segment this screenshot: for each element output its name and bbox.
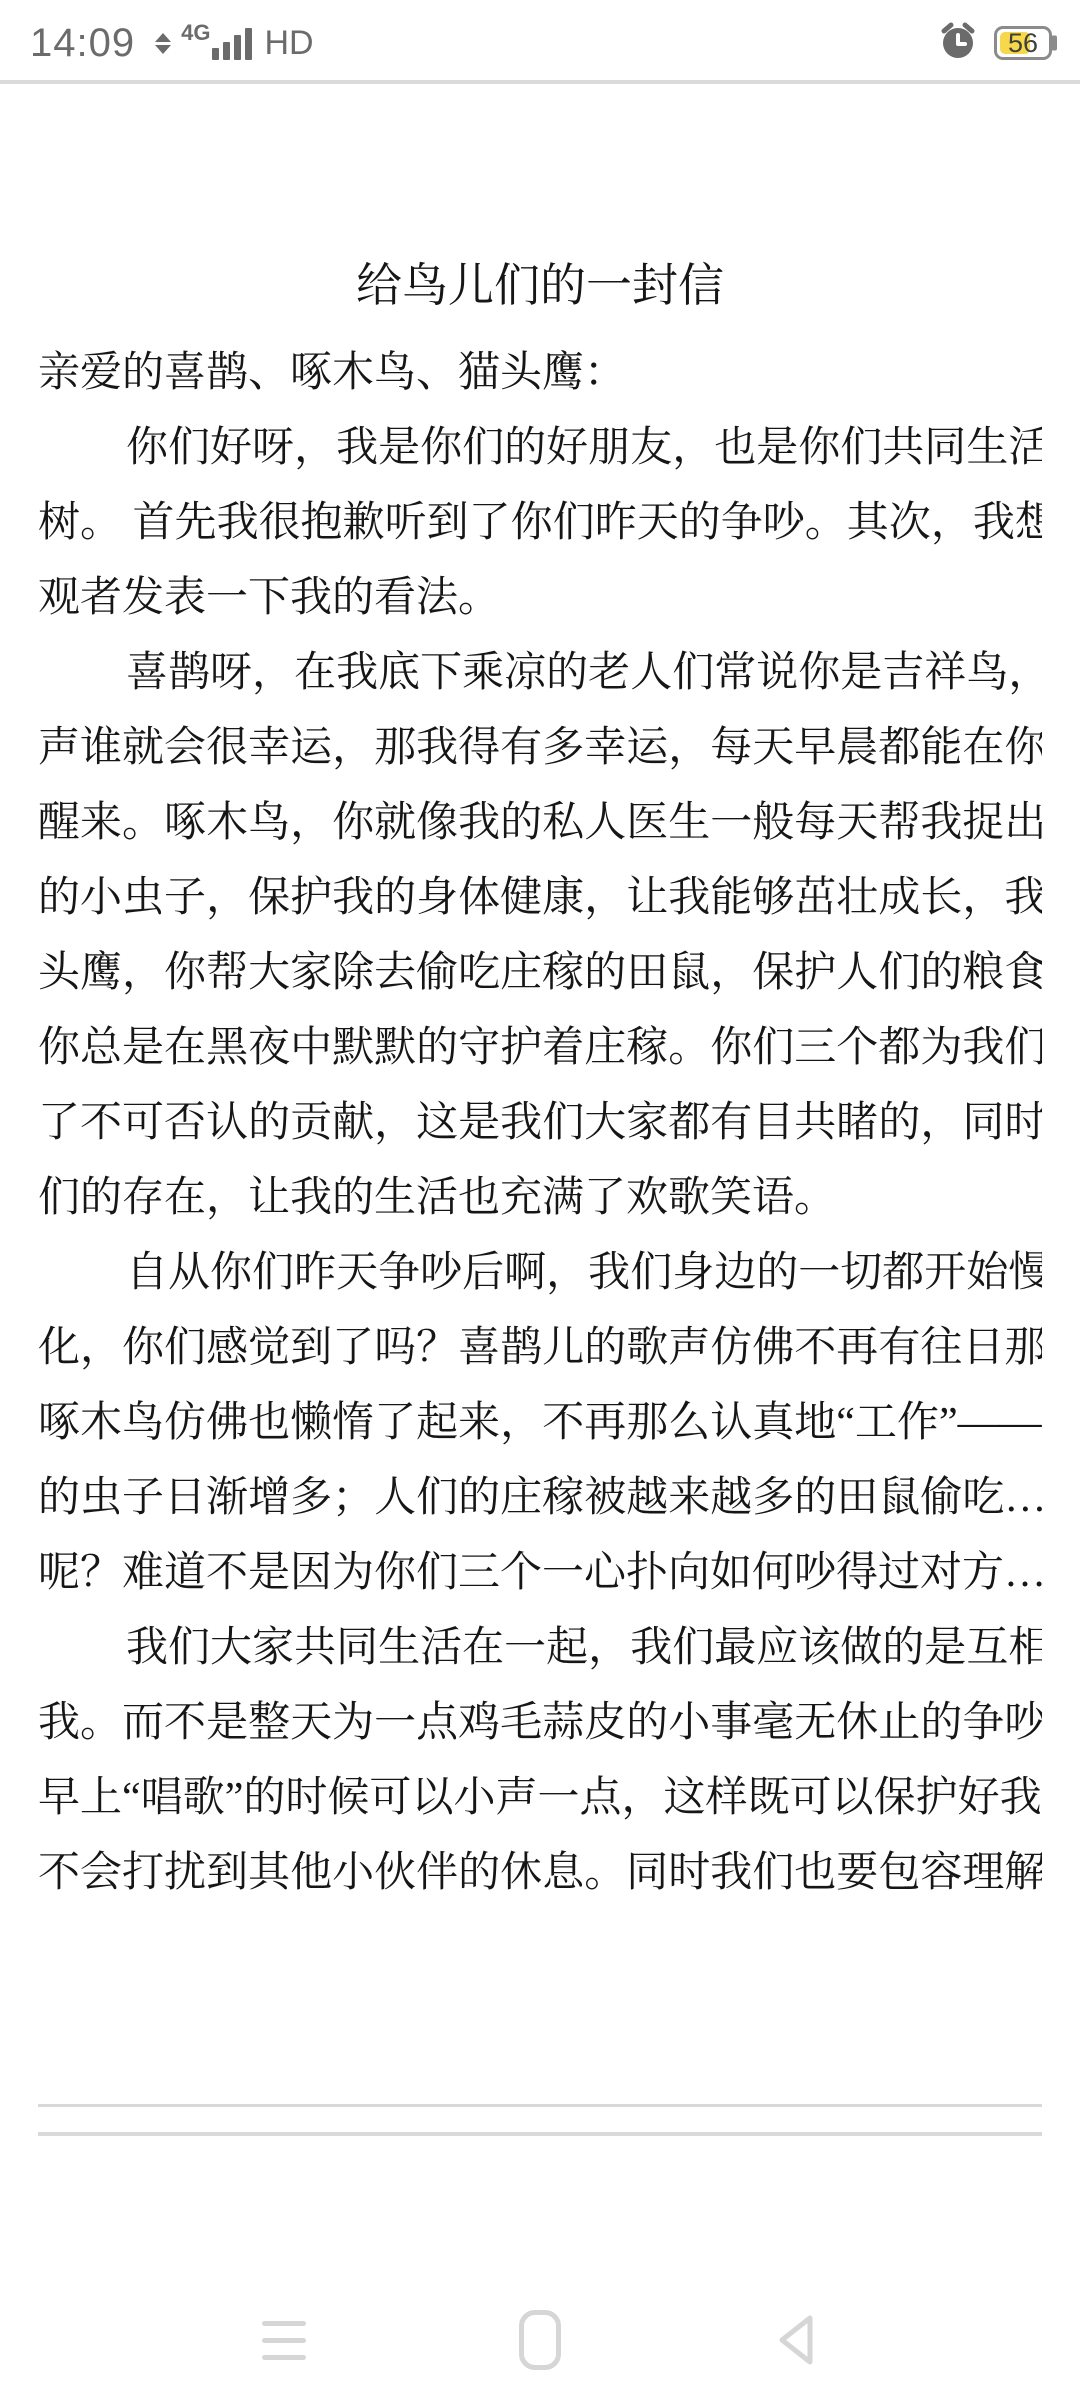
doc-line: 观者发表一下我的看法。 xyxy=(38,561,1042,636)
document-body: 亲爱的喜鹊、啄木鸟、猫头鹰： 你们好呀，我是你们的好朋友，也是你们共同生活的地方… xyxy=(38,336,1042,1911)
data-activity-icon xyxy=(155,33,171,54)
clock-time: 14:09 xyxy=(30,21,135,66)
navigation-bar xyxy=(0,2280,1080,2400)
menu-icon[interactable] xyxy=(262,2321,306,2360)
doc-line: 自从你们昨天争吵后啊，我们身边的一切都开始慢慢得发生了变 xyxy=(38,1236,1042,1311)
battery-icon: 56 xyxy=(994,26,1052,60)
doc-line: 声谁就会很幸运，那我得有多幸运，每天早晨都能在你悦耳的歌声中 xyxy=(38,711,1042,786)
doc-line: 头鹰，你帮大家除去偷吃庄稼的田鼠，保护人们的粮食，为民除害， xyxy=(38,936,1042,1011)
document-title: 给鸟儿们的一封信 xyxy=(38,256,1042,316)
doc-line: 亲爱的喜鹊、啄木鸟、猫头鹰： xyxy=(38,336,1042,411)
doc-line: 醒来。啄木鸟，你就像我的私人医生一般每天帮我捉出我“身体”里 xyxy=(38,786,1042,861)
signal-strength-icon: 4G xyxy=(181,26,252,60)
document-page[interactable]: 给鸟儿们的一封信 亲爱的喜鹊、啄木鸟、猫头鹰： 你们好呀，我是你们的好朋友，也是… xyxy=(0,84,1080,2136)
volte-hd-icon: HD xyxy=(264,24,313,63)
doc-line: 我。而不是整天为一点鸡毛蒜皮的小事毫无休止的争吵。喜鹊，我们 xyxy=(38,1686,1042,1761)
doc-line: 你总是在黑夜中默默的守护着庄稼。你们三个都为我们这个村庄做出 xyxy=(38,1011,1042,1086)
doc-line: 啄木鸟仿佛也懒惰了起来，不再那么认真地“工作”——我“身上” xyxy=(38,1386,1042,1461)
battery-percent: 56 xyxy=(997,29,1049,57)
doc-line: 的小虫子，保护我的身体健康，让我能够茁壮成长，我很感谢你。猫 xyxy=(38,861,1042,936)
page-break xyxy=(38,2104,1042,2136)
back-icon[interactable] xyxy=(774,2312,818,2368)
doc-line: 喜鹊呀，在我底下乘凉的老人们常说你是吉祥鸟，谁听到你的叫 xyxy=(38,636,1042,711)
doc-line: 呢？难道不是因为你们三个一心扑向如何吵得过对方…… xyxy=(38,1536,1042,1611)
doc-line: 们的存在，让我的生活也充满了欢歌笑语。 xyxy=(38,1161,1042,1236)
home-icon[interactable] xyxy=(519,2310,561,2370)
network-type-label: 4G xyxy=(181,20,210,46)
doc-line: 化，你们感觉到了吗？喜鹊儿的歌声仿佛不再有往日那样清脆悦耳； xyxy=(38,1311,1042,1386)
doc-line: 不会打扰到其他小伙伴的休息。同时我们也要包容理解啄木鸟和猫头 xyxy=(38,1836,1042,1911)
doc-line: 你们好呀，我是你们的好朋友，也是你们共同生活的地方——大 xyxy=(38,411,1042,486)
status-bar: 14:09 4G HD 56 xyxy=(0,0,1080,84)
alarm-clock-icon xyxy=(938,21,978,66)
doc-line: 我们大家共同生活在一起，我们最应该做的是互相帮助，包容你 xyxy=(38,1611,1042,1686)
doc-line: 树。 首先我很抱歉听到了你们昨天的争吵。其次，我想作为一名旁 xyxy=(38,486,1042,561)
doc-line: 的虫子日渐增多；人们的庄稼被越来越多的田鼠偷吃……这是为什么 xyxy=(38,1461,1042,1536)
doc-line: 了不可否认的贡献，这是我们大家都有目共睹的，同时也因为有了你 xyxy=(38,1086,1042,1161)
doc-line: 早上“唱歌”的时候可以小声一点，这样既可以保护好我们的嗓子也 xyxy=(38,1761,1042,1836)
